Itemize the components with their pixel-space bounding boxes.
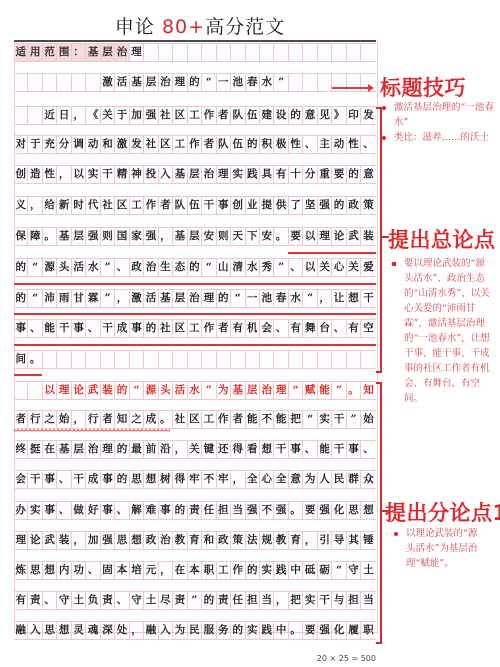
grid-count-footer: 20 × 25 = 500	[317, 654, 376, 663]
grid-cell: 策	[361, 197, 375, 214]
grid-cell: 。	[289, 622, 303, 639]
grid-cell: 实	[260, 562, 274, 579]
grid-cell: 键	[202, 441, 216, 458]
grid-cell: 调	[72, 136, 86, 153]
grid-cell: 功	[72, 562, 86, 579]
grid-cell: 意	[303, 107, 317, 124]
grid-cell: 干	[101, 166, 115, 183]
grid-cell: 规	[260, 532, 274, 549]
grid-cell: 众	[361, 471, 375, 488]
grid-cell: 教	[173, 532, 187, 549]
grid-cell: 担	[347, 592, 361, 609]
note-item: 以理论武装的“源头活水”为基层治理“赋能”。	[392, 526, 484, 571]
grid-cell: 义	[14, 197, 28, 214]
grid-cell: 的	[231, 622, 245, 639]
grid-cell: 层	[188, 228, 202, 245]
grid-cell	[289, 74, 303, 91]
annotation-main-point-heading: 提出总论点	[388, 224, 496, 254]
grid-cell	[57, 351, 71, 368]
grid-cell: 想	[347, 290, 361, 307]
grid-cell: 队	[217, 136, 231, 153]
grid-cell: 任	[231, 592, 245, 609]
grid-cell: 事	[43, 502, 57, 519]
grid-cell: 能	[318, 441, 332, 458]
grid-cell: 全	[274, 471, 288, 488]
grid-cell	[231, 44, 245, 61]
grid-cell: 间	[14, 351, 28, 368]
grid-cell: ”	[347, 411, 361, 428]
grid-cell: 最	[130, 441, 144, 458]
grid-cell: 论	[72, 382, 86, 399]
grid-cell: 区	[173, 320, 187, 337]
grid-cell: 砥	[303, 562, 317, 579]
grid-cell: 下	[246, 228, 260, 245]
grid-cell: 作	[202, 107, 216, 124]
grid-cell: 空	[361, 320, 375, 337]
grid-cell: 当	[231, 502, 245, 519]
grid-row-red: 以理论武装的“源头活水”为基层治理“赋能”。知	[14, 381, 376, 400]
grid-cell: 、	[115, 592, 129, 609]
grid-cell: 工	[188, 107, 202, 124]
grid-cell: 想	[57, 622, 71, 639]
grid-cell: 国	[115, 228, 129, 245]
grid-cell: 神	[130, 166, 144, 183]
grid-cell: 把	[289, 592, 303, 609]
grid-cell: 基	[231, 382, 245, 399]
grid-cell: 工	[188, 320, 202, 337]
grid-cell: 有	[231, 320, 245, 337]
grid-cell: 策	[231, 532, 245, 549]
grid-cell: ，	[274, 592, 288, 609]
grid-cell: 生	[159, 259, 173, 276]
grid-cell: 基	[173, 166, 187, 183]
grid-cell	[43, 351, 57, 368]
grid-cell	[347, 44, 361, 61]
grid-cell: 队	[173, 197, 187, 214]
grid-cell: 安	[260, 228, 274, 245]
grid-cell: 工	[202, 411, 216, 428]
grid-cell: 水	[289, 290, 303, 307]
grid-cell: 成	[86, 471, 100, 488]
grid-cell: 得	[173, 471, 187, 488]
grid-cell: 伍	[246, 107, 260, 124]
grid-cell: 责	[28, 592, 42, 609]
grid-cell: 终	[14, 441, 28, 458]
grid-cell: 做	[72, 502, 86, 519]
grid-cell: 治	[86, 441, 100, 458]
grid-cell: 责	[217, 592, 231, 609]
grid-cell	[231, 351, 245, 368]
grid-cell: 与	[332, 592, 346, 609]
grid-cell: 理	[101, 441, 115, 458]
grid-cell: 围	[57, 44, 71, 61]
grid-cell: 成	[144, 411, 158, 428]
grid-cell: 得	[231, 441, 245, 458]
grid-cell: 服	[202, 622, 216, 639]
grid-cell: 、	[361, 136, 375, 153]
grid-cell: 治	[115, 44, 129, 61]
grid-cell: ，	[159, 228, 173, 245]
arrow-right-icon	[332, 87, 372, 89]
grid-cell: 全	[246, 471, 260, 488]
grid-cell: 干	[101, 320, 115, 337]
grid-cell: 者	[217, 320, 231, 337]
grid-cell	[86, 74, 100, 91]
grid-cell: 、	[57, 502, 71, 519]
grid-cell: 爱	[361, 259, 375, 276]
grid-cell: 社	[144, 136, 158, 153]
grid-cell: 基	[173, 228, 187, 245]
grid-cell: 的	[115, 471, 129, 488]
grid-cell: 化	[332, 622, 346, 639]
grid-cell: 干	[318, 592, 332, 609]
grid-cell: 和	[202, 532, 216, 549]
grid-cell	[318, 351, 332, 368]
grid-cell: ，	[303, 532, 317, 549]
grid-cell: 能	[246, 411, 260, 428]
grid-cell: ：	[72, 44, 86, 61]
grid-cell: 层	[188, 166, 202, 183]
grid-cell: 始	[57, 411, 71, 428]
grid-cell	[173, 351, 187, 368]
grid-cell: 作	[188, 136, 202, 153]
grid-row-body: 的“沛雨甘霖”，激活基层治理的“一池春水”，让想干	[14, 289, 376, 308]
grid-cell: 以	[43, 382, 57, 399]
annotation-title-skill-notes: 激活基层治理的“一池春水” 类比：滋养……的沃土	[380, 100, 496, 145]
grid-row-body: 的“源头活水”、政治生态的“山清水秀”、以关心关爱	[14, 258, 376, 277]
grid-cell: 、	[332, 320, 346, 337]
grid-cell: 始	[361, 411, 375, 428]
grid-cell: 教	[274, 532, 288, 549]
grid-cell: 装	[101, 382, 115, 399]
grid-cell: 、	[43, 592, 57, 609]
grid-cell: 基	[86, 44, 100, 61]
grid-cell	[274, 351, 288, 368]
grid-cell: 解	[130, 502, 144, 519]
grid-cell	[303, 351, 317, 368]
grid-cell: 水	[188, 382, 202, 399]
grid-cell: ，	[231, 471, 245, 488]
grid-cell: 强	[86, 228, 100, 245]
grid-cell: “	[28, 290, 42, 307]
grid-cell: 强	[144, 228, 158, 245]
grid-cell	[217, 44, 231, 61]
grid-cell: 守	[57, 592, 71, 609]
grid-cell: 充	[43, 136, 57, 153]
grid-cell	[260, 44, 274, 61]
grid-cell: 强	[318, 502, 332, 519]
grid-cell: 强	[101, 532, 115, 549]
grid-cell: 关	[101, 107, 115, 124]
thesis-underline	[14, 283, 376, 285]
grid-cell: 激	[101, 74, 115, 91]
grid-cell: 事	[217, 197, 231, 214]
grid-cell: 赋	[303, 382, 317, 399]
grid-cell: 精	[115, 166, 129, 183]
grid-cell: 融	[144, 622, 158, 639]
grid-cell: 意	[289, 471, 303, 488]
grid-cell	[28, 74, 42, 91]
grid-cell: 干	[202, 197, 216, 214]
grid-cell: 社	[101, 197, 115, 214]
grid-cell: 强	[274, 502, 288, 519]
grid-cell: 能	[43, 320, 57, 337]
grid-cell: 牢	[188, 471, 202, 488]
grid-cell: 。	[347, 382, 361, 399]
grid-cell: 印	[347, 107, 361, 124]
grid-cell: 发	[130, 136, 144, 153]
grid-cell: 以	[303, 259, 317, 276]
grid-cell: 头	[57, 259, 71, 276]
grid-cell: 区	[173, 107, 187, 124]
grid-cell: 建	[260, 107, 274, 124]
grid-cell: 实	[318, 411, 332, 428]
grid-cell	[274, 44, 288, 61]
grid-cell	[159, 351, 173, 368]
grid-cell: 固	[101, 562, 115, 579]
grid-cell: 雨	[57, 290, 71, 307]
grid-cell: 对	[14, 136, 28, 153]
grid-cell: 尽	[159, 592, 173, 609]
grid-cell: 知	[361, 382, 375, 399]
grid-cell: 。	[43, 228, 57, 245]
grid-cell: 池	[231, 74, 245, 91]
grid-cell: 守	[347, 562, 361, 579]
grid-cell: 关	[188, 441, 202, 458]
grid-cell: 于	[28, 136, 42, 153]
grid-cell: 激	[115, 136, 129, 153]
grid-cell: ”	[101, 290, 115, 307]
grid-cell: 活	[144, 290, 158, 307]
grid-cell	[72, 74, 86, 91]
grid-cell	[361, 44, 375, 61]
grid-cell: 层	[173, 290, 187, 307]
grid-cell: 事	[159, 502, 173, 519]
grid-cell: 区	[159, 136, 173, 153]
grid-cell: 、	[86, 320, 100, 337]
grid-cell	[43, 74, 57, 91]
grid-cell: ，	[72, 107, 86, 124]
grid-cell	[289, 44, 303, 61]
grid-row-body: 保障。基层强则国家强，基层安则天下安。要以理论武装	[14, 227, 376, 246]
grid-cell	[144, 44, 158, 61]
grid-cell: 负	[86, 592, 100, 609]
grid-cell: 安	[202, 228, 216, 245]
annotation-title-skill-heading: 标题技巧	[380, 72, 466, 102]
grid-cell: ”	[332, 382, 346, 399]
grid-cell: 近	[43, 107, 57, 124]
grid-cell: 担	[217, 502, 231, 519]
grid-cell: 沿	[159, 441, 173, 458]
grid-cell: 水	[86, 259, 100, 276]
quote-wavy-underline	[14, 429, 170, 433]
grid-cell: 实	[246, 622, 260, 639]
grid-cell: 炼	[14, 562, 28, 579]
grid-cell: 了	[289, 197, 303, 214]
grid-cell: 者	[101, 411, 115, 428]
grid-cell: 层	[72, 228, 86, 245]
grid-cell	[361, 351, 375, 368]
grid-cell: 在	[43, 441, 57, 458]
grid-cell: 政	[130, 259, 144, 276]
grid-cell: 性	[289, 136, 303, 153]
grid-cell	[14, 74, 28, 91]
grid-cell: 之	[43, 411, 57, 428]
grid-cell: 者	[231, 411, 245, 428]
grid-cell: 想	[260, 441, 274, 458]
grid-cell: 成	[115, 320, 129, 337]
grid-cell: 不	[260, 411, 274, 428]
grid-cell: ，	[115, 290, 129, 307]
grid-cell: 基	[130, 74, 144, 91]
grid-row-body: 融入思想灵魂深处，融入为民服务的实践中。要强化履职	[14, 621, 376, 640]
grid-row-body: 间。	[14, 350, 376, 369]
grid-cell	[318, 44, 332, 61]
grid-cell: 治	[188, 290, 202, 307]
grid-cell: 社	[159, 320, 173, 337]
grid-cell: 本	[115, 562, 129, 579]
grid-cell: 提	[260, 197, 274, 214]
grid-row-body: 事、能干事、干成事的社区工作者有机会、有舞台、有空	[14, 319, 376, 338]
grid-cell: 活	[72, 259, 86, 276]
grid-cell: 的	[332, 197, 346, 214]
grid-cell: 新	[57, 197, 71, 214]
grid-cell: 春	[246, 74, 260, 91]
grid-cell: 想	[130, 532, 144, 549]
grid-cell: 民	[332, 471, 346, 488]
grid-cell: 事	[14, 320, 28, 337]
grid-cell: 融	[14, 622, 28, 639]
grid-cell: 治	[144, 259, 158, 276]
grid-cell: 元	[144, 562, 158, 579]
grid-cell: 伍	[231, 136, 245, 153]
grid-cell	[318, 74, 332, 91]
grid-cell: 性	[347, 136, 361, 153]
grid-cell: 责	[173, 592, 187, 609]
grid-cell: 干	[28, 471, 42, 488]
grid-cell: 机	[246, 320, 260, 337]
grid-cell: 想	[43, 562, 57, 579]
grid-cell: 霖	[86, 290, 100, 307]
grid-cell	[14, 382, 28, 399]
grid-cell: 为	[303, 471, 317, 488]
grid-cell: ”	[274, 74, 288, 91]
grid-cell: 化	[332, 502, 346, 519]
grid-cell	[159, 44, 173, 61]
grid-cell: 职	[202, 562, 216, 579]
grid-row-body: 者行之始，行者知之成。社区工作者能不能把“实干”始	[14, 410, 376, 429]
grid-cell: ”	[274, 259, 288, 276]
grid-cell: 性	[43, 166, 57, 183]
grid-row-body: 有责、守土负责、守土尽责”的责任担当，把实干与担当	[14, 591, 376, 610]
grid-cell: 设	[274, 107, 288, 124]
grid-cell: 理	[274, 382, 288, 399]
grid-cell: 见	[318, 107, 332, 124]
grid-cell: 创	[231, 197, 245, 214]
grid-cell: 理	[318, 228, 332, 245]
grid-cell: 。	[274, 228, 288, 245]
page-title: 申论 80+高分范文	[0, 12, 400, 39]
grid-cell: 水	[246, 259, 260, 276]
grid-cell: 、	[86, 562, 100, 579]
grid-cell	[173, 44, 187, 61]
grid-cell: 践	[246, 166, 260, 183]
grid-cell: 要	[303, 502, 317, 519]
grid-cell: 有	[14, 592, 28, 609]
grid-cell: 处	[115, 622, 129, 639]
grid-cell: 天	[231, 228, 245, 245]
grid-cell: 要	[332, 166, 346, 183]
grid-cell: 中	[289, 562, 303, 579]
grid-cell: ，	[57, 166, 71, 183]
grid-cell: 区	[115, 197, 129, 214]
grid-cell: 的	[14, 259, 28, 276]
grid-cell: 前	[144, 441, 158, 458]
grid-cell: 强	[246, 502, 260, 519]
title-text-pre: 申论	[115, 16, 162, 38]
grid-cell: 造	[28, 166, 42, 183]
grid-cell: ”	[101, 259, 115, 276]
grid-cell	[28, 107, 42, 124]
grid-cell: ，	[72, 411, 86, 428]
grid-cell: 牢	[217, 471, 231, 488]
grid-cell: 把	[289, 411, 303, 428]
grid-cell: 入	[28, 622, 42, 639]
grid-cell: 实	[303, 592, 317, 609]
grid-cell: 治	[159, 532, 173, 549]
grid-cell: 则	[217, 228, 231, 245]
grid-cell: 于	[115, 107, 129, 124]
grid-cell	[188, 351, 202, 368]
grid-cell: “	[202, 259, 216, 276]
grid-cell: 事	[72, 320, 86, 337]
grid-cell: 的	[173, 502, 187, 519]
grid-cell: 适	[14, 44, 28, 61]
grid-cell: 的	[246, 562, 260, 579]
grid-cell: 甘	[72, 290, 86, 307]
grid-cell: 的	[289, 107, 303, 124]
grid-cell	[28, 382, 42, 399]
grid-cell: 则	[101, 228, 115, 245]
grid-cell: 装	[361, 228, 375, 245]
grid-cell: 的	[246, 136, 260, 153]
grid-cell: ，	[318, 290, 332, 307]
grid-cell: “	[231, 290, 245, 307]
grid-cell: 舞	[303, 320, 317, 337]
grid-cell: 代	[86, 197, 100, 214]
grid-cell: 干	[332, 441, 346, 458]
grid-cell: 育	[188, 532, 202, 549]
grid-cell: 人	[318, 471, 332, 488]
grid-cell: 以	[72, 166, 86, 183]
grid-cell: 积	[260, 136, 274, 153]
grid-cell: 供	[274, 197, 288, 214]
grid-cell: 能	[274, 411, 288, 428]
grid-cell	[72, 351, 86, 368]
grid-cell: 会	[14, 471, 28, 488]
grid-cell: 极	[274, 136, 288, 153]
note-item: 激活基层治理的“一池春水”	[380, 100, 496, 130]
grid-cell: 基	[57, 441, 71, 458]
grid-cell: 法	[246, 532, 260, 549]
grid-cell: 治	[159, 74, 173, 91]
grid-cell: 者	[14, 411, 28, 428]
grid-cell: 为	[173, 622, 187, 639]
grid-cell	[332, 44, 346, 61]
grid-cell: “	[303, 411, 317, 428]
grid-cell: 实	[86, 166, 100, 183]
grid-cell	[188, 44, 202, 61]
